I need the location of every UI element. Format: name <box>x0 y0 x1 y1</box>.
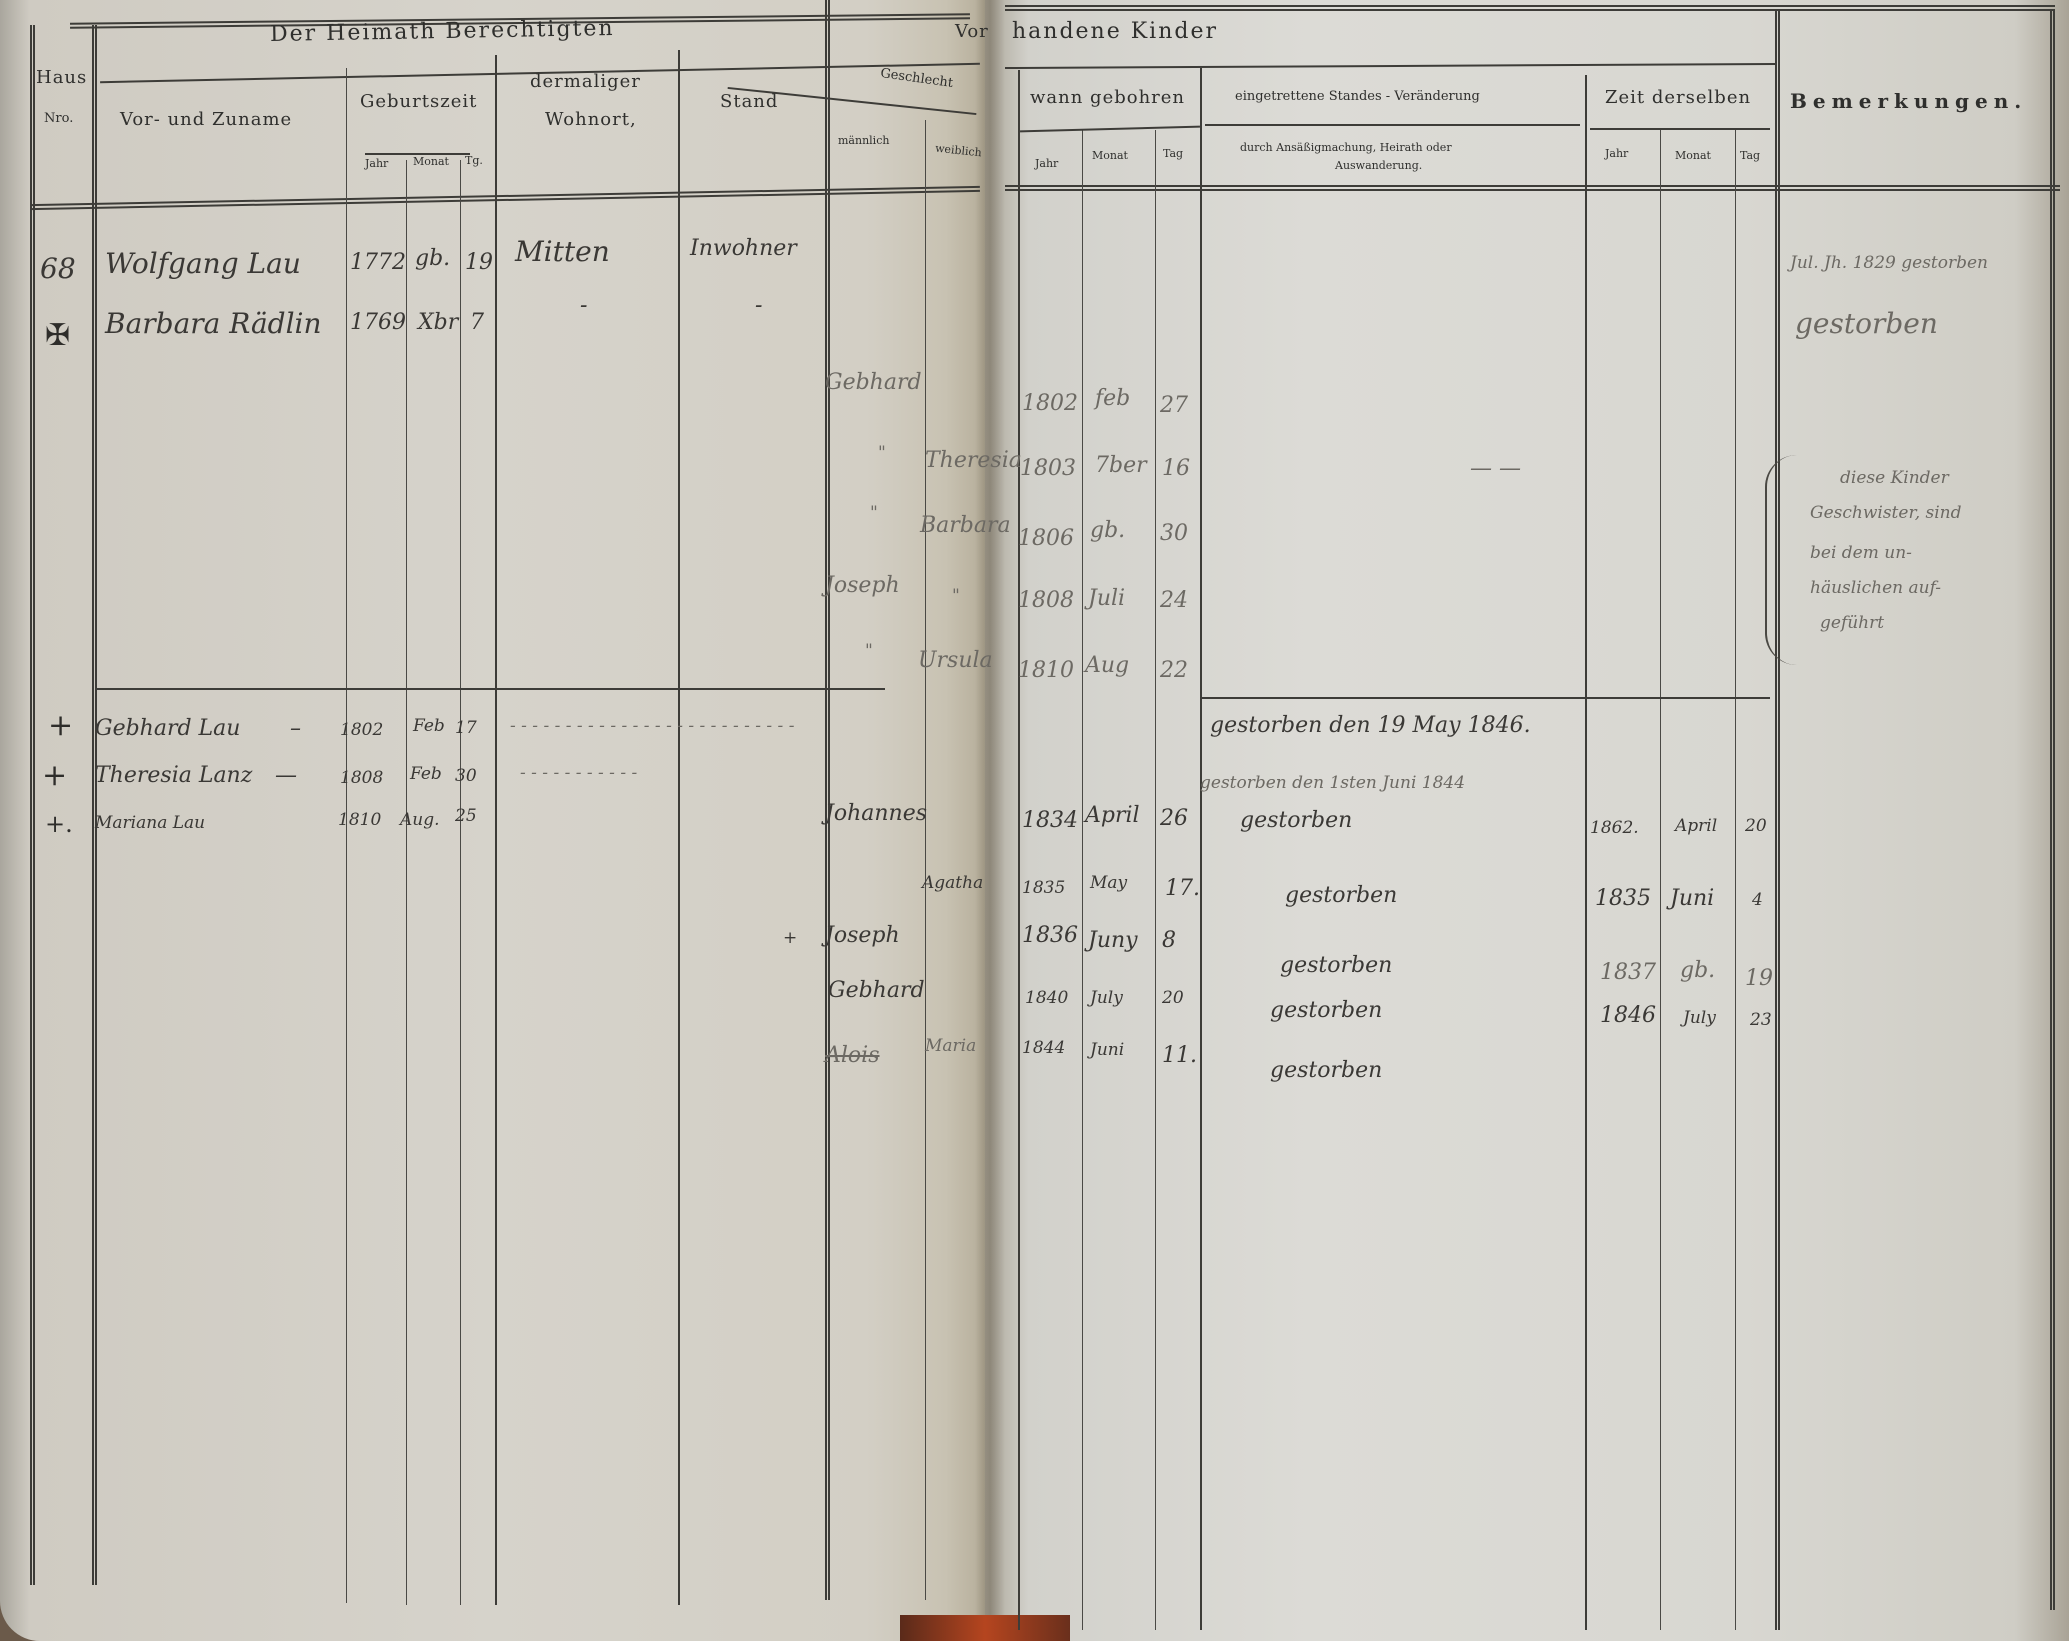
parent-remark: gestorben den 19 May 1846. <box>1210 715 1531 737</box>
child-male: Johannes <box>825 803 927 825</box>
header-remarks: Bemerkungen. <box>1790 90 2027 112</box>
child-birth-year: 1806 <box>1018 528 1074 550</box>
child-female: " <box>952 588 960 605</box>
resident-birth-month: Feb <box>413 718 445 735</box>
header-time-month: Monat <box>1675 150 1711 162</box>
child-birth-year: 1836 <box>1022 925 1078 947</box>
header-birth-day: Tg. <box>465 155 483 167</box>
resident-birth-day: 19 <box>465 252 493 274</box>
resident-name: Barbara Rädlin <box>105 310 322 338</box>
child-change-day: 20 <box>1745 818 1767 835</box>
header-center-title-right: handene Kinder <box>1012 20 1218 44</box>
header-born-month: Monat <box>1092 150 1128 162</box>
header-residence-line1: dermaliger <box>530 72 641 92</box>
child-change-month: gb. <box>1680 960 1715 982</box>
child-birth-month: May <box>1090 875 1127 892</box>
resident-birth-month: Xbr <box>418 312 458 334</box>
header-time-day: Tag <box>1740 150 1760 162</box>
header-name-col: Vor- und Zuname <box>120 110 292 130</box>
child-birth-month: July <box>1090 990 1123 1007</box>
child-male: " <box>878 445 886 462</box>
child-female: Maria <box>925 1038 976 1055</box>
book-gutter <box>975 0 1005 1641</box>
child-male: Joseph <box>825 925 900 947</box>
resident-residence: - <box>580 295 587 317</box>
child-birth-month: 7ber <box>1095 455 1147 477</box>
child-change-day: 23 <box>1750 1012 1772 1029</box>
bracket-mark <box>1765 455 1797 665</box>
child-birth-day: 26 <box>1160 808 1188 830</box>
resident-status: Inwohner <box>690 238 797 260</box>
child-birth-month: gb. <box>1090 520 1125 542</box>
child-female: Theresia <box>925 450 1022 472</box>
child-change-day: 4 <box>1752 892 1763 909</box>
header-time-year: Jahr <box>1605 148 1628 160</box>
parent-remark: gestorben den 1sten Juni 1844 <box>1200 775 1465 792</box>
child-birth-day: 11. <box>1162 1045 1197 1067</box>
header-born-year: Jahr <box>1035 158 1058 170</box>
child-birth-month: Juni <box>1090 1042 1124 1059</box>
resident-birth-year: 1772 <box>350 252 406 274</box>
child-birth-month: Juny <box>1088 930 1138 952</box>
right-page <box>985 0 2069 1641</box>
child-birth-day: 27 <box>1160 395 1188 417</box>
child-cross-mark: + <box>783 930 797 947</box>
book-binding-edge <box>900 1615 1070 1641</box>
child-birth-month: Juli <box>1088 588 1125 610</box>
child-male: " <box>865 643 873 660</box>
resident-birth-month: Feb <box>410 766 442 783</box>
child-change-month: Juni <box>1670 888 1714 910</box>
ditto-dots: - - - - - - - - - - - - - - - - - - - - … <box>510 718 794 735</box>
child-birth-day: 30 <box>1160 523 1188 545</box>
header-time-col: Zeit derselben <box>1605 88 1751 108</box>
header-residence-line2: Wohnort, <box>545 110 637 130</box>
header-birth-month: Monat <box>413 156 449 168</box>
resident-name: Wolfgang Lau <box>105 250 301 278</box>
header-center-title-left: Vor <box>955 22 989 42</box>
child-change-day: 19 <box>1745 968 1773 990</box>
child-female: Barbara <box>920 515 1011 537</box>
child-birth-year: 1803 <box>1020 458 1076 480</box>
cross-mark: + <box>48 708 73 743</box>
resident-name: Mariana Lau <box>95 815 205 832</box>
resident-residence: Mitten <box>515 238 610 266</box>
child-change: gestorben <box>1285 885 1397 907</box>
child-change: gestorben <box>1270 1000 1382 1022</box>
child-female: Agatha <box>922 875 983 892</box>
header-change-col: eingetrettene Standes - Veränderung <box>1235 90 1480 104</box>
cross-mark: +. <box>45 810 73 838</box>
cross-mark: ✠ <box>45 318 70 353</box>
child-birth-year: 1835 <box>1022 880 1065 897</box>
header-birth-year: Jahr <box>365 158 388 170</box>
header-status-col: Stand <box>720 92 778 112</box>
child-male: Joseph <box>825 575 900 597</box>
resident-birth-year: 1769 <box>350 312 406 334</box>
child-change: gestorben <box>1270 1060 1382 1082</box>
child-change: gestorben <box>1240 810 1352 832</box>
child-birth-day: 16 <box>1162 458 1190 480</box>
child-birth-day: 24 <box>1160 590 1188 612</box>
resident-status: - <box>755 295 762 317</box>
child-birth-year: 1810 <box>1018 660 1074 682</box>
remark-note-line: geführt <box>1820 615 1884 632</box>
header-sex-male: männlich <box>838 135 889 147</box>
child-birth-day: 17. <box>1165 878 1200 900</box>
remark-note-line: Geschwister, sind <box>1810 505 1962 522</box>
haus-number: 68 <box>40 255 76 283</box>
child-birth-year: 1840 <box>1025 990 1068 1007</box>
resident-birth-day: 30 <box>455 768 477 785</box>
resident-birth-day: 25 <box>455 808 477 825</box>
child-birth-day: 8 <box>1162 930 1176 952</box>
header-when-born: wann gebohren <box>1030 88 1185 108</box>
header-birth-col: Geburtszeit <box>360 92 477 112</box>
resident-birth-day: 7 <box>470 312 484 334</box>
ditto-dots: - - - - - - - - - - - <box>520 765 637 782</box>
header-nro: Nro. <box>44 112 73 126</box>
resident-birth-year: 1808 <box>340 770 383 787</box>
child-birth-month: Aug <box>1085 655 1129 677</box>
cross-mark: + <box>42 758 67 793</box>
child-birth-year: 1834 <box>1022 810 1078 832</box>
resident-birth-year: 1802 <box>340 722 383 739</box>
child-birth-year: 1802 <box>1022 393 1078 415</box>
child-change-year: 1835 <box>1595 888 1651 910</box>
child-male: " <box>870 505 878 522</box>
header-haus: Haus <box>36 68 87 88</box>
child-change-month: July <box>1683 1010 1716 1027</box>
resident-birth-year: 1810 <box>338 812 381 829</box>
remark-note-line: bei dem un- <box>1810 545 1912 562</box>
child-change-year: 1846 <box>1600 1005 1656 1027</box>
resident-name: Gebhard Lau <box>95 718 240 740</box>
header-born-day: Tag <box>1163 148 1183 160</box>
child-birth-month: April <box>1085 805 1140 827</box>
child-female: Ursula <box>918 650 993 672</box>
remark-line: Jul. Jh. 1829 gestorben <box>1790 255 1988 272</box>
child-change-month: April <box>1675 818 1717 835</box>
child-birth-year: 1844 <box>1022 1040 1065 1057</box>
resident-dash: – <box>290 718 301 740</box>
resident-name: Theresia Lanz <box>95 765 252 787</box>
child-change-year: 1837 <box>1600 962 1656 984</box>
header-change-sub2: Auswanderung. <box>1335 160 1422 172</box>
child-birth-month: feb <box>1095 388 1130 410</box>
child-male: Gebhard <box>828 980 925 1002</box>
child-birth-day: 22 <box>1160 660 1188 682</box>
resident-birth-month: Aug. <box>400 812 440 829</box>
remark-line: gestorben <box>1795 310 1938 338</box>
remark-note-line: häuslichen auf- <box>1810 580 1941 597</box>
child-change: gestorben <box>1280 955 1392 977</box>
remark-note-line: diese Kinder <box>1840 470 1949 487</box>
child-male: Alois <box>825 1045 880 1067</box>
ditto-dash: — — <box>1470 458 1521 480</box>
child-birth-year: 1808 <box>1018 590 1074 612</box>
child-male: Gebhard <box>825 372 922 394</box>
child-change-year: 1862. <box>1590 820 1639 837</box>
resident-birth-month: gb. <box>415 248 450 270</box>
resident-dash: — <box>275 765 297 787</box>
child-birth-day: 20 <box>1162 990 1184 1007</box>
resident-birth-day: 17 <box>455 720 477 737</box>
header-change-sub1: durch Ansäßigmachung, Heirath oder <box>1240 142 1452 154</box>
